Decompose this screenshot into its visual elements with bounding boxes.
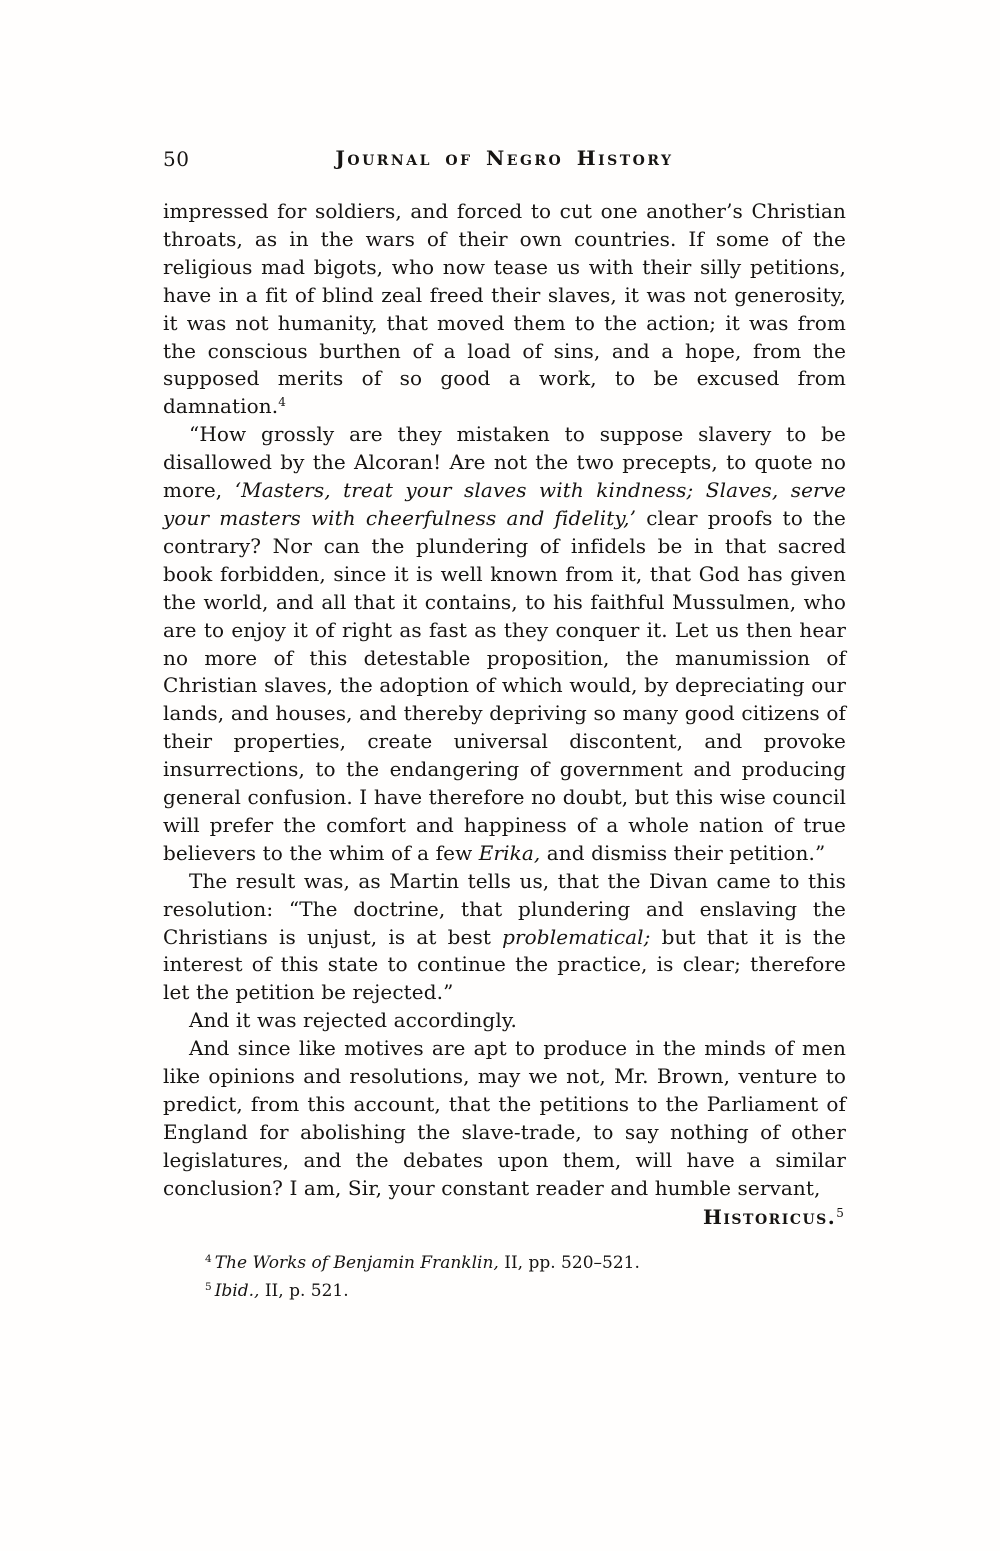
- paragraph: And it was rejected accordingly.: [163, 1007, 846, 1035]
- paragraph: “How grossly are they mistaken to suppos…: [163, 421, 846, 868]
- footnote: 5Ibid., II, p. 521.: [205, 1277, 846, 1305]
- paragraph: The result was, as Martin tells us, that…: [163, 868, 846, 1008]
- paragraph: impressed for soldiers, and forced to cu…: [163, 198, 846, 421]
- footnote-text: II, pp. 520–521.: [499, 1253, 640, 1273]
- signature-name: Historicus.: [703, 1205, 836, 1229]
- page-header: 50 Journal of Negro History: [163, 146, 846, 172]
- journal-title: Journal of Negro History: [163, 146, 846, 170]
- paragraph-text: and dismiss their petition.”: [540, 841, 825, 865]
- paragraph-text: clear proofs to the contrary? Nor can th…: [163, 506, 846, 865]
- footnote-ref-5: 5: [836, 1206, 844, 1220]
- page-body: impressed for soldiers, and forced to cu…: [163, 198, 846, 1232]
- footnote-ref-4: 4: [278, 395, 286, 409]
- paragraph-text-italic: problematical;: [502, 925, 650, 949]
- footnote-marker: 4: [205, 1253, 212, 1265]
- signature-line: Historicus.5: [163, 1204, 846, 1232]
- paragraph-text: And since like motives are apt to produc…: [163, 1036, 846, 1200]
- footnote-text-italic: The Works of Benjamin Franklin,: [215, 1253, 499, 1273]
- paragraph-text: impressed for soldiers, and forced to cu…: [163, 199, 846, 418]
- page-content: 50 Journal of Negro History impressed fo…: [163, 146, 846, 1305]
- footnote: 4The Works of Benjamin Franklin, II, pp.…: [205, 1249, 846, 1277]
- footnote-marker: 5: [205, 1281, 212, 1293]
- footnote-text: II, p. 521.: [259, 1281, 348, 1301]
- footnote-text-italic: Ibid.,: [215, 1281, 260, 1301]
- paragraph: And since like motives are apt to produc…: [163, 1035, 846, 1202]
- paragraph-text-italic: Erika,: [479, 841, 541, 865]
- footnotes-section: 4The Works of Benjamin Franklin, II, pp.…: [163, 1249, 846, 1305]
- page-number: 50: [163, 147, 189, 171]
- scanned-page: 50 Journal of Negro History impressed fo…: [0, 0, 1000, 1551]
- paragraph-text: And it was rejected accordingly.: [189, 1008, 517, 1032]
